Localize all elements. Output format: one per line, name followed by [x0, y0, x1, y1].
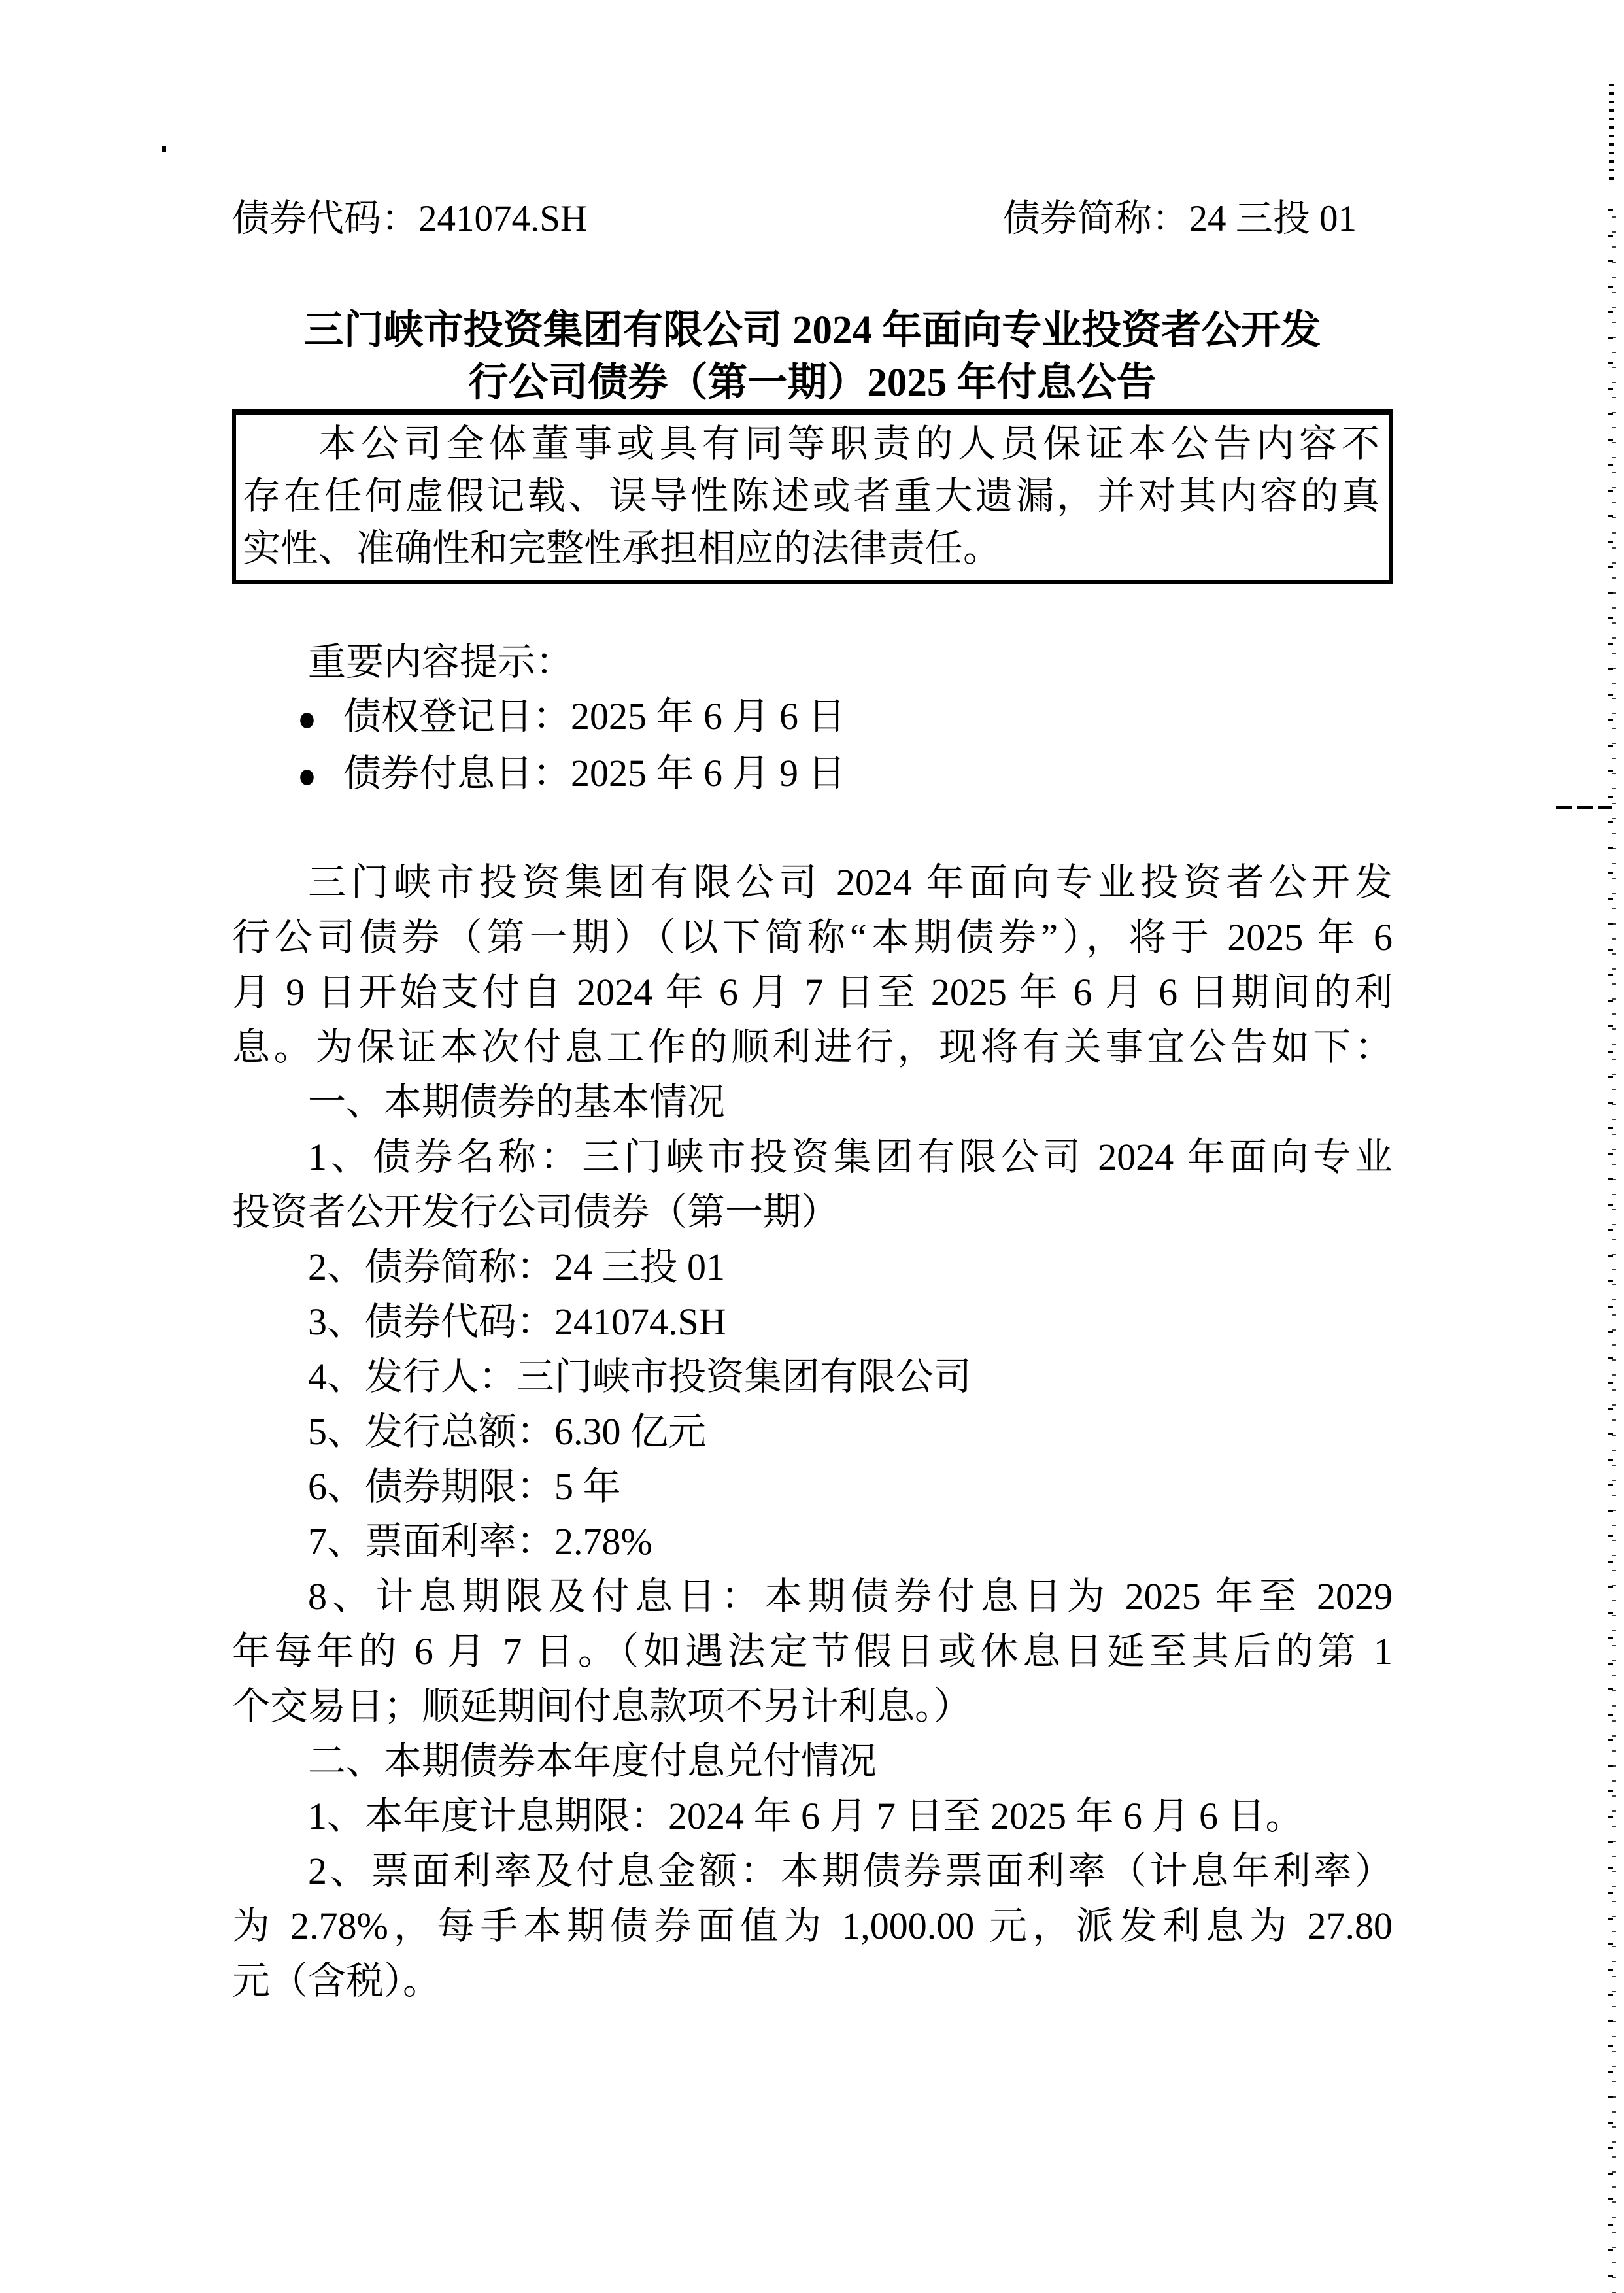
intro-line-2: 行公司债券（第一期）（以下简称“本期债券”），将于 2025 年 6 — [232, 910, 1393, 965]
title-line-1: 三门峡市投资集团有限公司 2024 年面向专业投资者公开发 — [232, 305, 1393, 357]
section1-item8-line1: 8、计息期限及付息日：本期债券付息日为 2025 年至 2029 — [232, 1569, 1393, 1624]
section1-item1-line2: 投资者公开发行公司债券（第一期） — [232, 1185, 1393, 1240]
document-page: 债券代码：241074.SH 债券简称：24 三投 01 三门峡市投资集团有限公… — [0, 0, 1624, 2293]
payment-date: 债券付息日：2025 年 6 月 9 日 — [343, 752, 846, 794]
document-header: 债券代码：241074.SH 债券简称：24 三投 01 — [232, 196, 1393, 242]
document-content: 债券代码：241074.SH 债券简称：24 三投 01 三门峡市投资集团有限公… — [232, 0, 1393, 2009]
disclaimer-line-2: 存在任何虚假记载、误导性陈述或者重大遗漏，并对其内容的真 — [243, 470, 1379, 522]
scan-noise-dashes — [1556, 806, 1612, 809]
section2-item2-line3: 元（含税）。 — [232, 1954, 1393, 2009]
intro-line-1: 三门峡市投资集团有限公司 2024 年面向专业投资者公开发 — [232, 855, 1393, 910]
section1-item8-line2: 年每年的 6 月 7 日。（如遇法定节假日或休息日延至其后的第 1 — [232, 1624, 1393, 1679]
section1-item8-line3: 个交易日；顺延期间付息款项不另计利息。） — [232, 1679, 1393, 1734]
section1-item6: 6、债券期限：5 年 — [232, 1459, 1393, 1514]
section1-item4: 4、发行人：三门峡市投资集团有限公司 — [232, 1350, 1393, 1404]
record-date: 债权登记日：2025 年 6 月 6 日 — [343, 695, 846, 738]
bond-code: 债券代码：241074.SH — [232, 196, 587, 242]
section2-item1: 1、本年度计息期限：2024 年 6 月 7 日至 2025 年 6 月 6 日… — [232, 1789, 1393, 1844]
intro-line-4: 息。为保证本次付息工作的顺利进行，现将有关事宜公告如下： — [232, 1020, 1393, 1075]
notice-bullet-2: ●债券付息日：2025 年 6 月 9 日 — [232, 746, 1393, 803]
disclaimer-box: 本公司全体董事或具有同等职责的人员保证本公告内容不 存在任何虚假记载、误导性陈述… — [232, 409, 1393, 584]
disclaimer-line-1: 本公司全体董事或具有同等职责的人员保证本公告内容不 — [243, 418, 1379, 470]
scan-noise-top — [1609, 84, 1615, 182]
bond-short-name: 债券简称：24 三投 01 — [1003, 196, 1393, 242]
bullet-dot-icon: ● — [297, 745, 343, 807]
bullet-dot-icon: ● — [297, 688, 343, 750]
notice-bullet-1: ●债权登记日：2025 年 6 月 6 日 — [232, 689, 1393, 746]
section2-item2-line2: 为 2.78%，每手本期债券面值为 1,000.00 元，派发利息为 27.80 — [232, 1899, 1393, 1954]
title-line-2: 行公司债券（第一期）2025 年付息公告 — [232, 357, 1393, 409]
section2-item2-line1: 2、票面利率及付息金额：本期债券票面利率（计息年利率） — [232, 1844, 1393, 1899]
scan-noise-strip — [1608, 209, 1616, 2293]
section2-heading: 二、本期债券本年度付息兑付情况 — [232, 1734, 1393, 1789]
document-body: 三门峡市投资集团有限公司 2024 年面向专业投资者公开发 行公司债券（第一期）… — [232, 855, 1393, 2009]
section1-item7: 7、票面利率：2.78% — [232, 1514, 1393, 1569]
section1-item2: 2、债券简称：24 三投 01 — [232, 1240, 1393, 1295]
disclaimer-line-3: 实性、准确性和完整性承担相应的法律责任。 — [243, 522, 1379, 575]
section1-item5: 5、发行总额：6.30 亿元 — [232, 1404, 1393, 1459]
section1-item3: 3、债券代码：241074.SH — [232, 1295, 1393, 1350]
section1-heading: 一、本期债券的基本情况 — [232, 1075, 1393, 1130]
notice-heading: 重要内容提示： — [232, 635, 1393, 689]
section1-item1-line1: 1、债券名称：三门峡市投资集团有限公司 2024 年面向专业 — [232, 1130, 1393, 1185]
important-notice: 重要内容提示： ●债权登记日：2025 年 6 月 6 日 ●债券付息日：202… — [232, 635, 1393, 803]
scan-speck — [162, 146, 166, 152]
intro-line-3: 月 9 日开始支付自 2024 年 6 月 7 日至 2025 年 6 月 6 … — [232, 965, 1393, 1020]
page-title: 三门峡市投资集团有限公司 2024 年面向专业投资者公开发 行公司债券（第一期）… — [232, 305, 1393, 409]
